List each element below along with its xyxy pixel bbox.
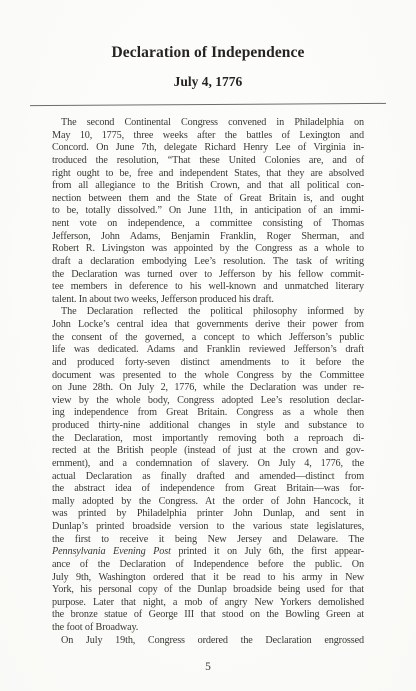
text-segment: rected at the British people (instead of… bbox=[52, 445, 364, 456]
text-segment: talent. In about two weeks, Jefferson pr… bbox=[52, 294, 274, 305]
text-line: Pennsylvania Evening Post printed it on … bbox=[52, 546, 364, 559]
text-segment: to be, totally dissolved.” On June 11th,… bbox=[52, 205, 364, 216]
text-segment: and produced forty-seven distinct amendm… bbox=[52, 357, 364, 368]
paragraph: The second Continental Congress convened… bbox=[52, 117, 364, 306]
text-line: rected at the British people (instead of… bbox=[52, 445, 364, 458]
page-title: Declaration of Independence bbox=[0, 0, 416, 61]
text-line: right ought to be, free and independent … bbox=[52, 168, 364, 181]
text-line: ernment), and a condemnation of slavery.… bbox=[52, 458, 364, 471]
text-line: and produced forty-seven distinct amendm… bbox=[52, 357, 364, 370]
text-segment: from all allegiance to the British Crown… bbox=[52, 180, 364, 191]
text-line: troduced the resolution, “That these Uni… bbox=[52, 155, 364, 168]
text-line: from all allegiance to the British Crown… bbox=[52, 180, 364, 193]
text-segment: the first to receive it being New Jersey… bbox=[52, 534, 364, 545]
text-line: produced thirty-nine additional changes … bbox=[52, 420, 364, 433]
text-line: mally adopted by the Congress. At the or… bbox=[52, 496, 364, 509]
book-page: Declaration of Independence July 4, 1776… bbox=[0, 0, 416, 691]
paragraph: The Declaration reflected the political … bbox=[52, 306, 364, 634]
text-line: The second Continental Congress convened… bbox=[52, 117, 364, 130]
text-line: view by the whole body, Congress adopted… bbox=[52, 395, 364, 408]
text-line: was printed by Philadelphia printer John… bbox=[52, 508, 364, 521]
text-line: life was dedicated. Adams and Franklin r… bbox=[52, 344, 364, 357]
text-segment: the Declaration, most importantly removi… bbox=[52, 433, 364, 444]
text-segment: mally adopted by the Congress. At the or… bbox=[52, 496, 364, 507]
text-segment: nent vote on independence, a committee c… bbox=[52, 218, 364, 229]
text-segment: ing independence from Great Britain. Con… bbox=[52, 407, 364, 418]
text-segment: document was presented to the whole Cong… bbox=[52, 370, 364, 381]
text-line: the foot of Broadway. bbox=[52, 622, 364, 635]
text-segment: nection between them and the State of Gr… bbox=[52, 193, 364, 204]
text-segment: purpose. Later that night, a mob of angr… bbox=[52, 597, 364, 608]
text-line: document was presented to the whole Cong… bbox=[52, 370, 364, 383]
text-line: tee members in deference to his well-kno… bbox=[52, 281, 364, 294]
text-segment: July 9th, Washington ordered that it be … bbox=[52, 572, 364, 583]
text-segment: actual Declaration as finally drafted an… bbox=[52, 471, 364, 482]
text-line: Concord. On June 7th, delegate Richard H… bbox=[52, 142, 364, 155]
text-segment: the foot of Broadway. bbox=[52, 622, 138, 633]
text-segment: view by the whole body, Congress adopted… bbox=[52, 395, 364, 406]
text-segment: on June 28th. On July 2, 1776, while the… bbox=[52, 382, 364, 393]
text-line: York, his personal copy of the Dunlap br… bbox=[52, 584, 364, 597]
text-line: draft a declaration embodying Lee’s reso… bbox=[52, 256, 364, 269]
text-line: The Declaration reflected the political … bbox=[52, 306, 364, 319]
text-segment: the Declaration was turned over to Jeffe… bbox=[52, 269, 364, 280]
text-segment: was printed by Philadelphia printer John… bbox=[52, 508, 364, 519]
text-line: to be, totally dissolved.” On June 11th,… bbox=[52, 205, 364, 218]
text-segment: tee members in deference to his well-kno… bbox=[52, 281, 364, 292]
text-segment: troduced the resolution, “That these Uni… bbox=[52, 155, 364, 166]
text-segment: life was dedicated. Adams and Franklin r… bbox=[52, 344, 364, 355]
text-line: ing independence from Great Britain. Con… bbox=[52, 407, 364, 420]
text-segment: York, his personal copy of the Dunlap br… bbox=[52, 584, 364, 595]
text-segment: right ought to be, free and independent … bbox=[52, 168, 364, 179]
text-line: Dunlap’s printed broadside version to th… bbox=[52, 521, 364, 534]
text-line: nent vote on independence, a committee c… bbox=[52, 218, 364, 231]
text-segment: The second Continental Congress convened… bbox=[61, 117, 364, 128]
text-line: Jefferson, John Adams, Benjamin Franklin… bbox=[52, 231, 364, 244]
text-line: On July 19th, Congress ordered the Decla… bbox=[52, 635, 364, 648]
text-line: ance of the Declaration of Independence … bbox=[52, 559, 364, 572]
text-segment: the consent of the governed, a concept t… bbox=[52, 332, 364, 343]
text-line: the bronze statue of George III that sto… bbox=[52, 609, 364, 622]
text-segment: ance of the Declaration of Independence … bbox=[52, 559, 364, 570]
text-line: on June 28th. On July 2, 1776, while the… bbox=[52, 382, 364, 395]
text-segment: Robert R. Livingston was appointed by th… bbox=[52, 243, 364, 254]
text-segment: the abstract idea of independence from G… bbox=[52, 483, 364, 494]
text-line: July 9th, Washington ordered that it be … bbox=[52, 572, 364, 585]
text-line: May 10, 1775, three weeks after the batt… bbox=[52, 130, 364, 143]
text-segment: Dunlap’s printed broadside version to th… bbox=[52, 521, 364, 532]
text-line: the first to receive it being New Jersey… bbox=[52, 534, 364, 547]
text-segment: Jefferson, John Adams, Benjamin Franklin… bbox=[52, 231, 364, 242]
text-segment: The Declaration reflected the political … bbox=[61, 306, 364, 317]
text-line: the Declaration, most importantly removi… bbox=[52, 433, 364, 446]
page-number: 5 bbox=[0, 661, 416, 673]
text-segment: May 10, 1775, three weeks after the batt… bbox=[52, 130, 364, 141]
text-line: talent. In about two weeks, Jefferson pr… bbox=[52, 294, 364, 307]
text-segment: John Locke’s central idea that governmen… bbox=[52, 319, 364, 330]
text-line: nection between them and the State of Gr… bbox=[52, 193, 364, 206]
text-line: the consent of the governed, a concept t… bbox=[52, 332, 364, 345]
text-line: John Locke’s central idea that governmen… bbox=[52, 319, 364, 332]
header-rule bbox=[30, 103, 386, 106]
italic-text: Pennsylvania Evening Post bbox=[52, 546, 171, 557]
paragraph: On July 19th, Congress ordered the Decla… bbox=[52, 635, 364, 648]
text-segment: the bronze statue of George III that sto… bbox=[52, 609, 364, 620]
text-line: Robert R. Livingston was appointed by th… bbox=[52, 243, 364, 256]
text-segment: On July 19th, Congress ordered the Decla… bbox=[61, 635, 364, 646]
text-line: the Declaration was turned over to Jeffe… bbox=[52, 269, 364, 282]
text-line: actual Declaration as finally drafted an… bbox=[52, 471, 364, 484]
page-subtitle: July 4, 1776 bbox=[0, 75, 416, 89]
text-segment: ernment), and a condemnation of slavery.… bbox=[52, 458, 364, 469]
text-segment: printed it on July 6th, the first appear… bbox=[171, 546, 364, 557]
text-segment: produced thirty-nine additional changes … bbox=[52, 420, 364, 431]
text-segment: draft a declaration embodying Lee’s reso… bbox=[52, 256, 364, 267]
text-line: purpose. Later that night, a mob of angr… bbox=[52, 597, 364, 610]
body-text: The second Continental Congress convened… bbox=[52, 117, 364, 647]
text-line: the abstract idea of independence from G… bbox=[52, 483, 364, 496]
text-segment: Concord. On June 7th, delegate Richard H… bbox=[52, 142, 364, 153]
